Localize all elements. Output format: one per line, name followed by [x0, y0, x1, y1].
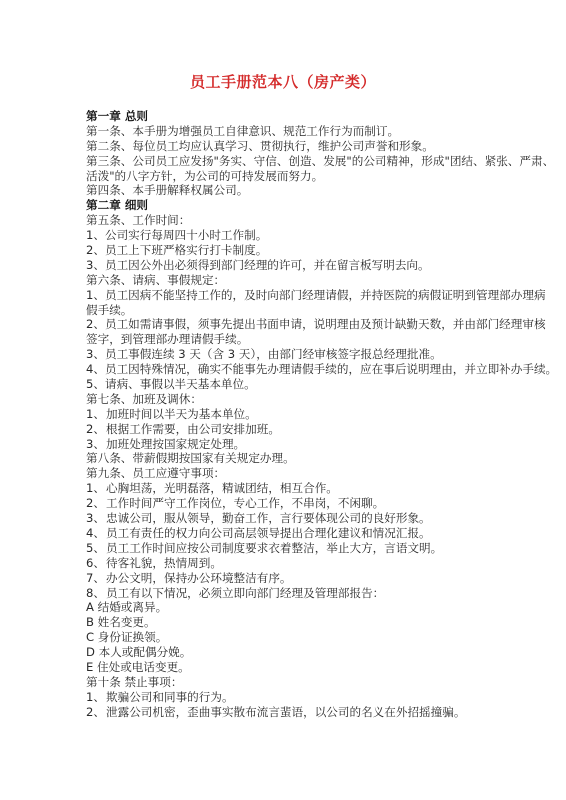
document-line: 1、加班时间以半天为基本单位。: [86, 407, 486, 422]
document-line: 第一条、本手册为增强员工自律意识、规范工作行为而制订。: [86, 124, 486, 139]
chapter-heading: 第一章 总则: [86, 109, 486, 124]
item-number: 1、: [86, 690, 106, 705]
item-text: 欺骗公司和同事的行为。: [106, 690, 234, 704]
item-text: 加班时间以半天为基本单位。: [106, 407, 257, 421]
item-text: 员工有责任的权力向公司高层领导提出合理化建议和情况汇报。: [106, 526, 431, 540]
document-line: 5、员工工作时间应按公司制度要求衣着整洁，举止大方，言语文明。: [86, 541, 486, 556]
document-line: D 本人或配偶分娩。: [86, 645, 486, 660]
document-line: 第六条、请病、事假规定：: [86, 273, 486, 288]
document-line: 3、员工因公外出必须得到部门经理的许可，并在留言板写明去向。: [86, 258, 486, 273]
item-text: 员工有以下情况，必须立即向部门经理及管理部报告：: [106, 586, 384, 600]
item-text: 加班处理按国家规定处理。: [106, 437, 245, 451]
document-line: 4、员工有责任的权力向公司高层领导提出合理化建议和情况汇报。: [86, 526, 486, 541]
document-line: 2、根据工作需要，由公司安排加班。: [86, 422, 486, 437]
document-page: 员工手册范本八（房产类） 第一章 总则第一条、本手册为增强员工自律意识、规范工作…: [0, 0, 566, 800]
document-line: 2、工作时间严守工作岗位，专心工作，不串岗，不闲聊。: [86, 496, 486, 511]
document-line: 签字，到管理部办理请假手续。: [86, 332, 486, 347]
item-number: 1、: [86, 481, 106, 496]
item-text: 忠诚公司，服从领导，勤奋工作，言行要体现公司的良好形象。: [106, 511, 431, 525]
item-number: 2、: [86, 496, 106, 511]
item-text: 心胸坦荡，光明磊落，精诚团结，相互合作。: [106, 481, 338, 495]
document-line: 活泼"的八字方针，为公司的可持发展而努力。: [86, 169, 486, 184]
document-line: 第十条 禁止事项：: [86, 675, 486, 690]
document-line: 1、员工因病不能坚持工作的，及时向部门经理请假，并持医院的病假证明到管理部办理病: [86, 288, 486, 303]
document-line: 第八条、带薪假期按国家有关规定办理。: [86, 451, 486, 466]
document-line: 假手续。: [86, 303, 486, 318]
item-number: 2、: [86, 422, 106, 437]
item-text: 待客礼貌，热情周到。: [106, 556, 222, 570]
item-number: 7、: [86, 571, 106, 586]
item-number: 1、: [86, 407, 106, 422]
item-number: 3、: [86, 511, 106, 526]
document-line: 第二条、每位员工均应认真学习、贯彻执行，维护公司声誉和形象。: [86, 139, 486, 154]
item-number: 4、: [86, 526, 106, 541]
document-line: 4、员工因特殊情况，确实不能事先办理请假手续的，应在事后说明理由，并立即补办手续…: [86, 362, 486, 377]
document-line: 1、心胸坦荡，光明磊落，精诚团结，相互合作。: [86, 481, 486, 496]
document-line: 第五条、工作时间：: [86, 213, 486, 228]
document-line: 第七条、加班及调休：: [86, 392, 486, 407]
document-line: 第九条、员工应遵守事项：: [86, 466, 486, 481]
item-number: 6、: [86, 556, 106, 571]
document-line: C 身份证换领。: [86, 630, 486, 645]
document-line: 3、忠诚公司，服从领导，勤奋工作，言行要体现公司的良好形象。: [86, 511, 486, 526]
document-line: 2、员工如需请事假，须事先提出书面申请，说明理由及预计缺勤天数，并由部门经理审核: [86, 317, 486, 332]
item-text: 员工工作时间应按公司制度要求衣着整洁，举止大方，言语文明。: [106, 541, 442, 555]
item-number: 8、: [86, 586, 106, 601]
document-line: 1、欺骗公司和同事的行为。: [86, 690, 486, 705]
item-number: 3、: [86, 437, 106, 452]
document-line: 5、请病、事假以半天基本单位。: [86, 377, 486, 392]
item-text: 办公文明，保持办公环境整洁有序。: [106, 571, 292, 585]
document-title: 员工手册范本八（房产类）: [0, 72, 566, 92]
item-number: 5、: [86, 541, 106, 556]
document-body: 第一章 总则第一条、本手册为增强员工自律意识、规范工作行为而制订。第二条、每位员…: [86, 109, 486, 720]
item-number: 2、: [86, 705, 106, 720]
document-line: 1、公司实行每周四十小时工作制。: [86, 228, 486, 243]
document-line: 3、加班处理按国家规定处理。: [86, 437, 486, 452]
document-line: A 结婚或离异。: [86, 600, 486, 615]
document-line: 第四条、本手册解释权属公司。: [86, 183, 486, 198]
document-line: 7、办公文明，保持办公环境整洁有序。: [86, 571, 486, 586]
item-text: 根据工作需要，由公司安排加班。: [106, 422, 280, 436]
item-text: 泄露公司机密，歪曲事实散布流言蜚语，以公司的名义在外招摇撞骗。: [106, 705, 465, 719]
document-line: E 住处或电话变更。: [86, 660, 486, 675]
item-text: 工作时间严守工作岗位，专心工作，不串岗，不闲聊。: [106, 496, 384, 510]
document-line: 3、员工事假连续 3 天（含 3 天），由部门经审核签字报总经理批准。: [86, 347, 486, 362]
document-line: 8、员工有以下情况，必须立即向部门经理及管理部报告：: [86, 586, 486, 601]
document-line: 2、员工上下班严格实行打卡制度。: [86, 243, 486, 258]
document-line: B 姓名变更。: [86, 615, 486, 630]
chapter-heading: 第二章 细则: [86, 198, 486, 213]
document-line: 2、泄露公司机密，歪曲事实散布流言蜚语，以公司的名义在外招摇撞骗。: [86, 705, 486, 720]
document-line: 6、待客礼貌，热情周到。: [86, 556, 486, 571]
document-line: 第三条、公司员工应发扬"务实、守信、创造、发展"的公司精神，形成"团结、紧张、严…: [86, 154, 486, 169]
